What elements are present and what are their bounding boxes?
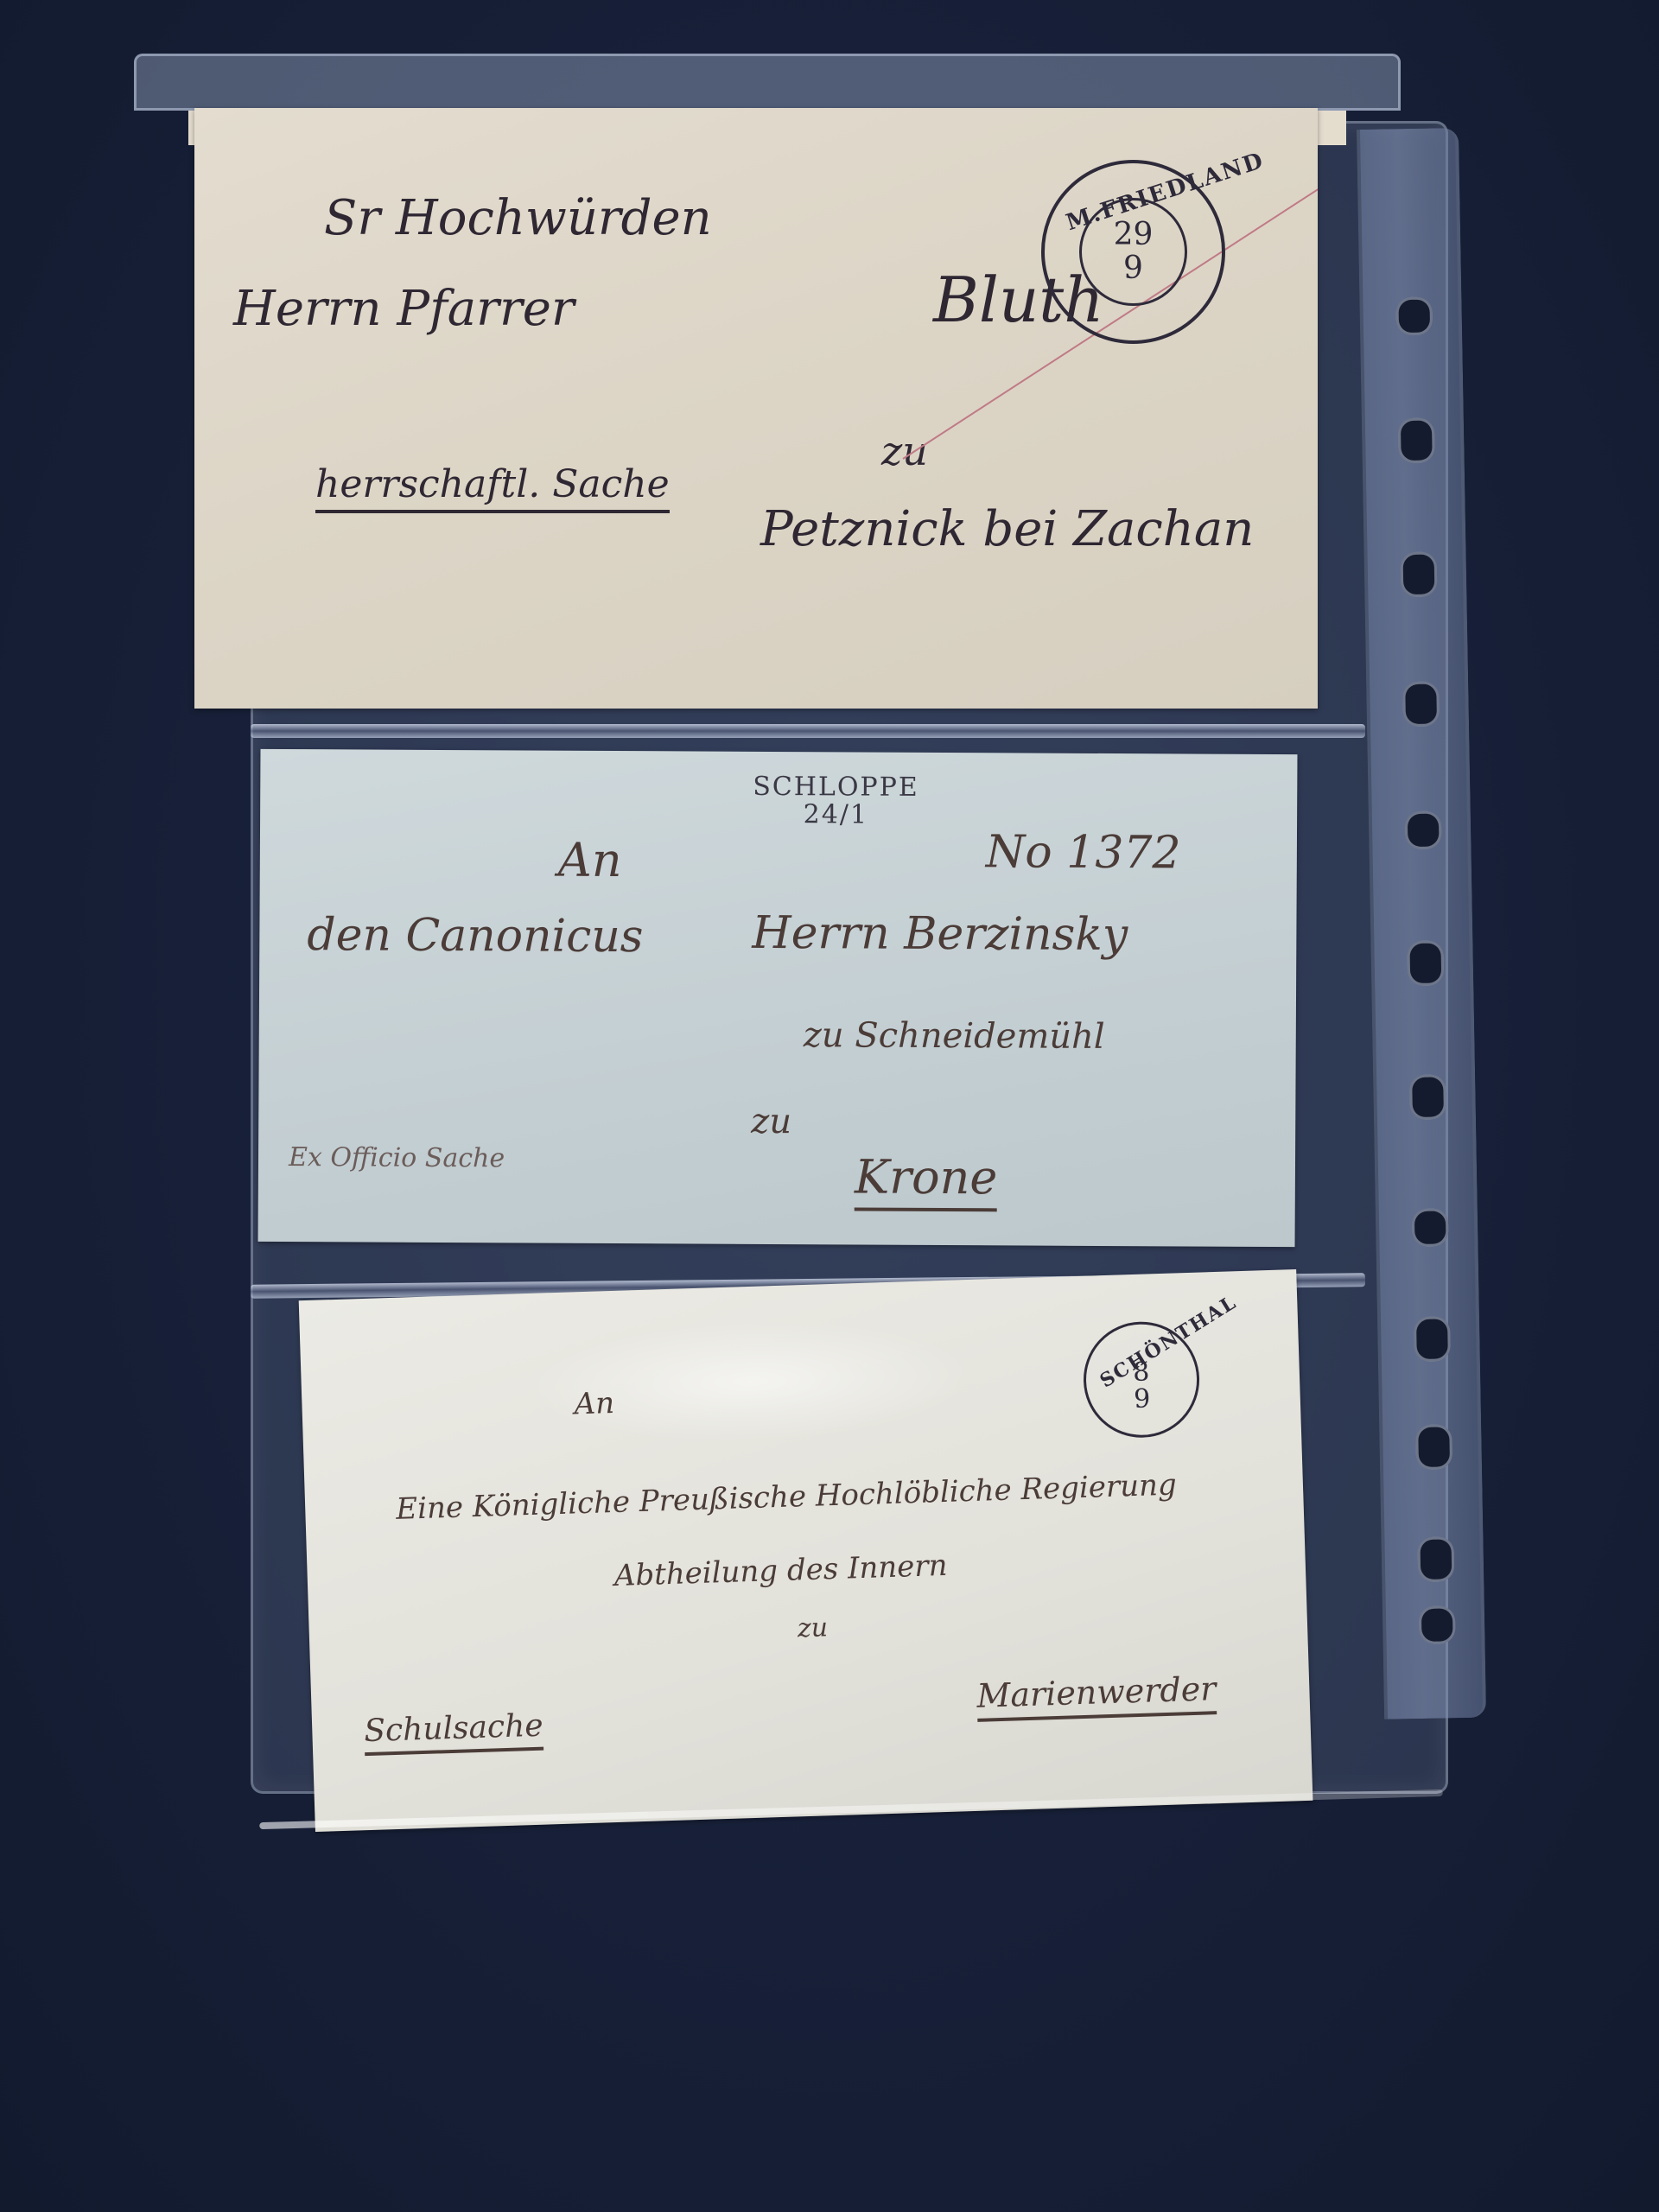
cover-2-destination: Krone [855, 1149, 998, 1211]
postmark-month: 9 [1134, 1385, 1151, 1413]
sheet-top-flap [134, 54, 1401, 111]
cover-1-bottom-left: herrschaftl. Sache [315, 462, 670, 513]
cover-3-bottom-left: Schulsache [364, 1708, 544, 1756]
cover-1-to-label: zu [881, 428, 928, 474]
cover-2-prefix: An [558, 833, 622, 887]
binder-hole [1405, 810, 1442, 849]
postmark-date: 24/1 [753, 800, 919, 829]
binder-hole [1401, 551, 1438, 597]
pocket-divider-1 [251, 724, 1365, 738]
cover-middle: SCHLOPPE 24/1 An No 1372 den Canonicus H… [258, 749, 1298, 1247]
binder-hole [1417, 1536, 1454, 1582]
cover-3-to-label: zu [797, 1612, 828, 1643]
binder-hole [1419, 1605, 1456, 1644]
cover-2-number: No 1372 [986, 826, 1181, 879]
cover-bottom: An Eine Königliche Preußische Hochlöblic… [299, 1269, 1313, 1832]
binder-hole [1402, 681, 1440, 727]
binder-hole [1398, 417, 1435, 463]
plastic-glare [524, 1314, 977, 1449]
cover-2-bottom-left: Ex Officio Sache [289, 1142, 505, 1173]
cover-2-postmark-schloppe: SCHLOPPE 24/1 [753, 773, 919, 829]
postmark-day: 29 [1114, 218, 1154, 252]
binder-hole [1409, 1074, 1446, 1120]
cover-3-destination: Marienwerder [976, 1669, 1217, 1722]
binder-hole [1415, 1424, 1452, 1470]
cover-2-addressee-title: den Canonicus [307, 909, 643, 963]
cover-1-line2: Herrn Pfarrer [233, 281, 575, 337]
cover-2-via: zu Schneidemühl [804, 1015, 1105, 1057]
postmark-month: 9 [1123, 251, 1143, 286]
postmark-town: SCHLOPPE [753, 773, 919, 802]
binder-hole [1407, 940, 1444, 986]
binder-hole [1412, 1208, 1449, 1247]
cover-1-destination: Petznick bei Zachan [760, 501, 1254, 557]
cover-3-addressee-line2: Abtheilung des Innern [613, 1548, 948, 1593]
cover-top: Sr Hochwürden Herrn Pfarrer Bluth herrsc… [194, 108, 1318, 709]
cover-1-postmark-friedland: M.FRIEDLAND 29 9 [1041, 160, 1225, 344]
postmark-town: SCHÖNTHAL [1096, 1291, 1241, 1393]
cover-2-to-label: zu [751, 1102, 791, 1141]
binder-hole [1414, 1316, 1451, 1362]
cover-3-postmark-schoenthal: SCHÖNTHAL 8 9 [1082, 1320, 1201, 1440]
binder-hole [1395, 297, 1433, 336]
cover-3-prefix: An [574, 1386, 615, 1421]
cover-3-addressee-line1: Eine Königliche Preußische Hochlöbliche … [396, 1468, 1178, 1527]
cover-1-line1: Sr Hochwürden [324, 190, 712, 246]
cover-2-addressee: Herrn Berzinsky [752, 907, 1128, 961]
